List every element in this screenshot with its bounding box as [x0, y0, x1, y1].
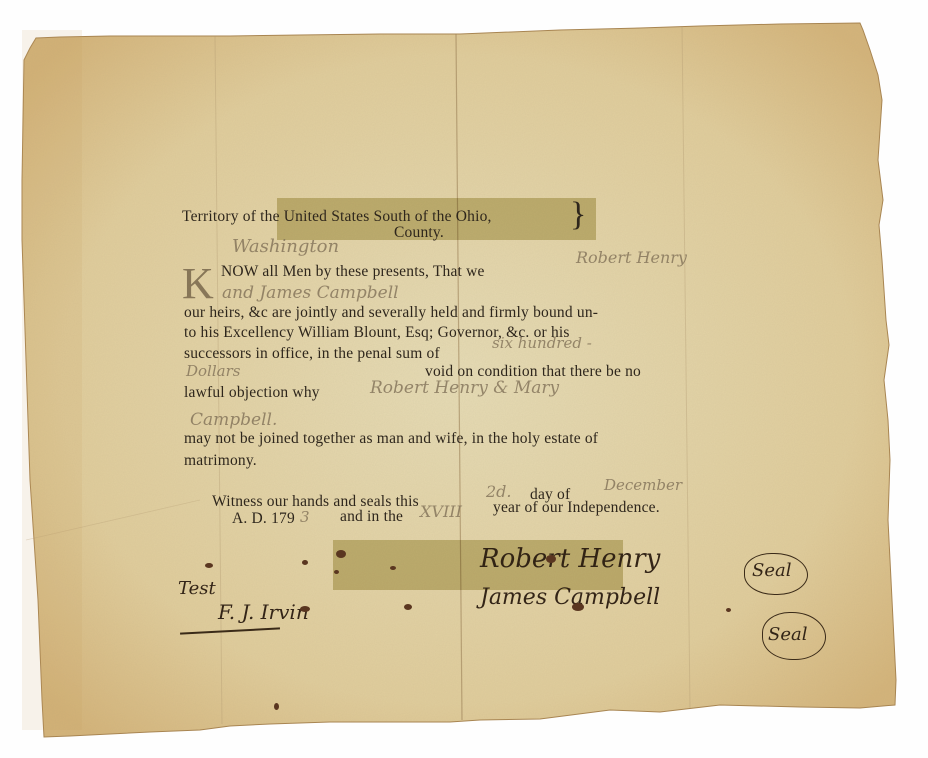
brace-glyph: } — [570, 196, 586, 234]
ink-blot — [546, 555, 556, 563]
ink-blot — [726, 608, 731, 612]
penal-sum-handwritten: six hundred - — [492, 334, 592, 352]
ink-blot — [334, 570, 339, 574]
body-line5: successors in office, in the penal sum o… — [184, 345, 440, 363]
witness-signature: F. J. Irvin — [218, 600, 309, 624]
witness-line2c: year of our Independence. — [493, 499, 660, 517]
ink-blot — [336, 550, 346, 558]
ink-blot — [390, 566, 396, 570]
body-line7: lawful objection why — [184, 384, 320, 402]
ink-blot — [404, 604, 412, 610]
county-name-handwritten: Washington — [232, 236, 339, 257]
body-line1: NOW all Men by these presents, That we — [221, 263, 485, 281]
ink-blot — [274, 703, 279, 710]
bride-surname-handwritten: Campbell. — [190, 410, 277, 430]
couple-names-handwritten: Robert Henry & Mary — [370, 378, 559, 398]
body-line8: may not be joined together as man and wi… — [184, 430, 598, 448]
county-label: County. — [394, 224, 444, 242]
dropcap-letter: K — [182, 258, 214, 309]
body-line3: our heirs, &c are jointly and severally … — [184, 304, 598, 322]
witness-line2a: A. D. 179 — [232, 510, 295, 528]
signer2-signature: James Campbell — [480, 585, 660, 610]
ink-blot — [572, 603, 584, 611]
body-line9: matrimony. — [184, 452, 257, 470]
witness-line2b: and in the — [340, 508, 403, 526]
year-digit-handwritten: 3 — [300, 508, 310, 526]
document-content: Territory of the United States South of … — [0, 0, 928, 758]
independence-year-handwritten: XVIII — [420, 502, 462, 521]
seal1-label: Seal — [752, 560, 791, 581]
ink-blot — [205, 563, 213, 568]
ink-blot — [300, 606, 310, 612]
seal2-label: Seal — [768, 624, 807, 645]
witness-underline — [180, 627, 280, 634]
witness-label: Test — [178, 578, 216, 599]
header-territory: Territory of the United States South of … — [182, 208, 492, 226]
principal-name-handwritten: Robert Henry — [576, 248, 687, 267]
ink-blot — [302, 560, 308, 565]
signer1-signature: Robert Henry — [480, 544, 660, 574]
surety-name-handwritten: and James Campbell — [222, 283, 399, 303]
month-handwritten: December — [604, 476, 682, 494]
dollars-handwritten: Dollars — [186, 362, 240, 380]
